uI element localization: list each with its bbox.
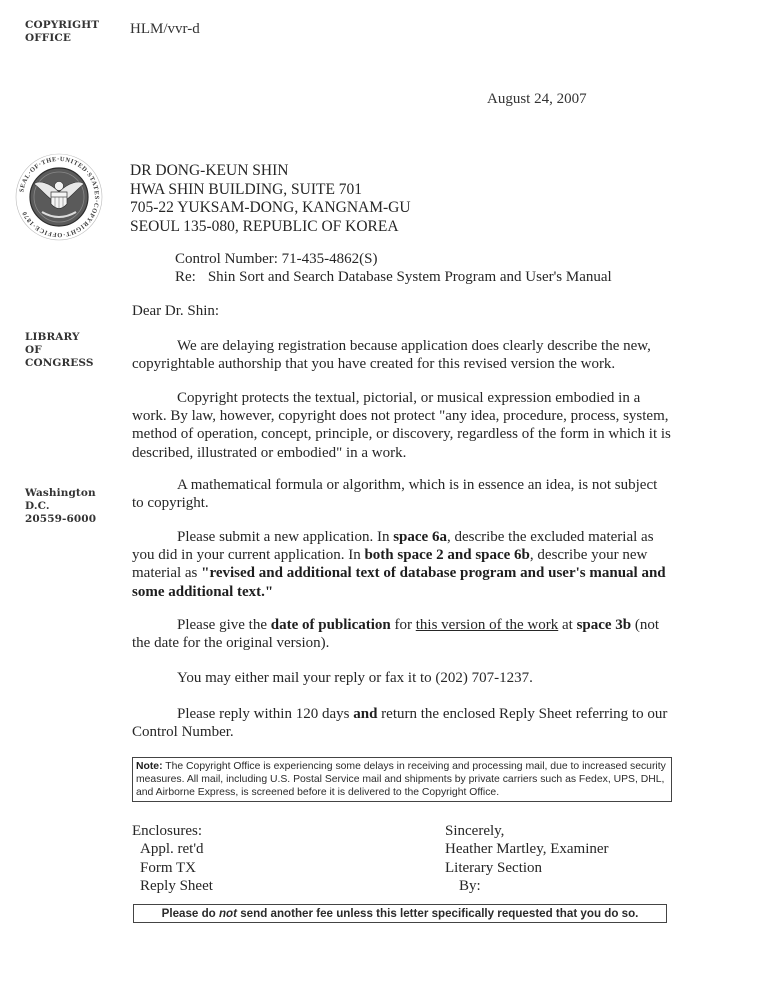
paragraph-copyright-scope: Copyright protects the textual, pictoria…	[132, 389, 672, 462]
library-line: LIBRARY	[25, 331, 94, 344]
enclosures-heading: Enclosures:	[132, 822, 213, 840]
enclosures-list: Enclosures: Appl. ret'd Form TX Reply Sh…	[132, 822, 213, 895]
control-number: Control Number: 71-435-4862(S)	[175, 250, 612, 268]
examiner-name: Heather Martley, Examiner	[445, 840, 609, 858]
library-of-congress-label: LIBRARY OF CONGRESS	[25, 331, 94, 370]
reference-block: Control Number: 71-435-4862(S) Re:Shin S…	[175, 250, 612, 286]
section-name: Literary Section	[445, 859, 609, 877]
enclosure-item: Appl. ret'd	[132, 840, 213, 858]
copyright-office-seal-icon: SEAL·OF·THE·UNITED·STATES·COPYRIGHT·OFFI…	[14, 152, 104, 242]
office-name-line: COPYRIGHT	[25, 19, 99, 32]
fee-notice-box: Please do not send another fee unless th…	[133, 904, 667, 923]
signature-block: Sincerely, Heather Martley, Examiner Lit…	[445, 822, 609, 895]
paragraph-new-application: Please submit a new application. In spac…	[132, 528, 672, 601]
paragraph-publication-date: Please give the date of publication for …	[132, 616, 672, 652]
recipient-address-line: 705-22 YUKSAM-DONG, KANGNAM-GU	[130, 199, 411, 218]
paragraph-reply-deadline: Please reply within 120 days and return …	[132, 705, 672, 741]
note-text: The Copyright Office is experiencing som…	[136, 761, 666, 798]
reference-code: HLM/vvr-d	[130, 21, 200, 38]
salutation: Dear Dr. Shin:	[132, 302, 219, 320]
re-line: Re:Shin Sort and Search Database System …	[175, 268, 612, 286]
enclosure-item: Reply Sheet	[132, 877, 213, 895]
office-name-line: OFFICE	[25, 32, 99, 45]
signed-by-label: By:	[445, 877, 609, 895]
paragraph-algorithm: A mathematical formula or algorithm, whi…	[132, 476, 672, 512]
enclosure-item: Form TX	[132, 859, 213, 877]
re-label: Re:	[175, 269, 196, 285]
security-note-box: Note: The Copyright Office is experienci…	[132, 757, 672, 802]
note-label: Note:	[136, 761, 163, 772]
office-name: COPYRIGHT OFFICE	[25, 19, 99, 45]
library-line: CONGRESS	[25, 357, 94, 370]
address-line: D.C.	[25, 500, 96, 513]
letter-date: August 24, 2007	[487, 91, 587, 108]
recipient-address-line: HWA SHIN BUILDING, SUITE 701	[130, 181, 411, 200]
recipient-address: DR DONG-KEUN SHIN HWA SHIN BUILDING, SUI…	[130, 162, 411, 236]
recipient-address-line: SEOUL 135-080, REPUBLIC OF KOREA	[130, 218, 411, 237]
library-line: OF	[25, 344, 94, 357]
address-line: Washington	[25, 487, 96, 500]
recipient-name: DR DONG-KEUN SHIN	[130, 162, 411, 181]
paragraph-fax: You may either mail your reply or fax it…	[132, 669, 672, 687]
address-line: 20559-6000	[25, 513, 96, 526]
office-address: Washington D.C. 20559-6000	[25, 487, 96, 526]
closing: Sincerely,	[445, 822, 609, 840]
re-subject: Shin Sort and Search Database System Pro…	[208, 269, 612, 285]
paragraph-delay-reason: We are delaying registration because app…	[132, 337, 672, 373]
